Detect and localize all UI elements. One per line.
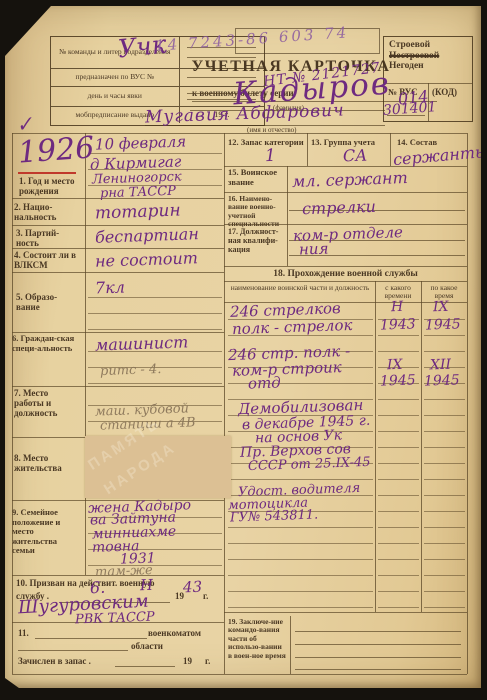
service-row2-to-month: XII [430, 358, 452, 373]
corner-row3-label: день и часы явки [51, 87, 180, 106]
field1-year: 1926 [17, 133, 95, 168]
table-col3-rules [424, 304, 465, 612]
checkmark: ✓ [14, 113, 34, 136]
left-divider-4 [12, 272, 224, 273]
field16-value: стрелки [302, 199, 376, 218]
field10-value-5: РВК ТАССР [75, 611, 155, 627]
field4-label: 4. Состоит ли в ВЛКСМ [14, 250, 84, 270]
kod-label: (КОД) [432, 87, 457, 97]
field17-label: 17. Должност-ная квалифи-кация [228, 228, 286, 255]
field11-number: 11. [18, 628, 29, 638]
section19-divider [290, 616, 291, 674]
field11-year: 19 [183, 656, 192, 666]
service-row1-from-month: Н [391, 300, 404, 314]
field6-label: 6. Граждан-ская специ-альность [12, 334, 80, 353]
frame-right [467, 133, 468, 674]
left-label-divider [85, 133, 86, 575]
field19-line1 [295, 631, 461, 632]
field5-label: 5. Образо-вание [16, 292, 76, 312]
service-row2-from-year: 1945 [380, 373, 416, 388]
field19-line3 [295, 657, 461, 658]
right-label-divider [287, 166, 288, 266]
service-row1-to-month: IX [433, 300, 449, 315]
field1-value-4: рна ТАССР [100, 185, 176, 201]
right-divider-4 [224, 266, 467, 267]
field10-g-printed: г. [203, 591, 208, 601]
frame-left [12, 133, 13, 674]
field5-value: 7кл [95, 279, 125, 296]
column-divider [224, 133, 225, 674]
service-row2-line3: отд [248, 375, 281, 391]
field11-line1 [35, 638, 147, 639]
fitness-option-negoden: Негоден [389, 61, 472, 72]
field7-label: 7. Место работы и должность [14, 388, 76, 418]
field10-value-3: 43 [183, 580, 203, 596]
field19-line4 [295, 669, 461, 670]
field4-value: не состоит [95, 250, 198, 270]
field12-value: 1 [265, 148, 276, 165]
table-col-divider-2 [421, 281, 422, 612]
field1-label: 1. Год и место рождения [19, 176, 79, 196]
field19-label: 19. Заключе-ние командо-вания части об и… [228, 618, 286, 660]
field11-g: г. [205, 656, 210, 666]
field2-value: тотарин [95, 203, 181, 223]
right-divider-2 [224, 192, 467, 193]
vus-value: 014 [397, 88, 429, 107]
field6-value: машинист [95, 334, 189, 353]
field3-value: беспартиан [95, 226, 199, 246]
table-header-top [224, 281, 467, 282]
scan-background: № команды и литер подразделения предназн… [0, 0, 487, 700]
service-row2-from-month: IX [387, 358, 403, 373]
field19-line2 [295, 644, 461, 645]
field9-label: 9. Семейное положение и место жительства… [12, 508, 80, 556]
field13-value: СА [343, 148, 368, 165]
field11-line2 [18, 650, 128, 651]
field3-label: 3. Партий-ность [16, 228, 76, 248]
frame-bottom [12, 674, 467, 675]
table-col-divider-1 [375, 281, 376, 612]
field11-line3 [115, 666, 175, 667]
field17-value-2: ния [299, 241, 329, 257]
left-divider-6 [12, 386, 224, 387]
field1-year-underline [18, 172, 76, 174]
section18-title: 18. Прохождение военной службы [224, 269, 467, 280]
field11-voenkomat: военкоматом [148, 628, 201, 638]
field11-zapas: Зачислен в запас . [18, 656, 91, 666]
field11-oblast: области [131, 641, 163, 651]
service-row1-to-year: 1945 [425, 317, 461, 332]
divider-13-14 [390, 133, 391, 166]
field6-note: ритс - 4. [100, 363, 162, 378]
name-value: Мугавия Абфарович [145, 103, 345, 127]
service-row2-to-year: 1945 [424, 373, 460, 388]
field15-label: 15. Воинское звание [228, 168, 284, 187]
table-col2-rules [378, 304, 419, 612]
table-col1-header: наименование воинской части и должность [228, 284, 372, 292]
divider-12-13 [307, 133, 308, 166]
field8-label: 8. Место жительства [14, 453, 76, 473]
right-divider-1 [224, 166, 467, 167]
service-row4-line3: ГУ№ 543811. [230, 508, 319, 524]
field2-label: 2. Нацио-нальность [14, 202, 80, 222]
field15-value: мл. сержант [292, 170, 408, 190]
field14-value: сержанты [392, 144, 487, 168]
table-bottom [224, 612, 467, 613]
service-row1-from-year: 1943 [380, 317, 416, 332]
registration-card: № команды и литер подразделения предназн… [5, 6, 481, 688]
left-divider-5 [12, 332, 224, 333]
service-row1-line2: полк - стрелок [232, 318, 353, 337]
fitness-option-nestroevoy: Нестроевой [389, 51, 472, 62]
field1-value-1: 10 февраля [95, 134, 187, 152]
corner-row2-label: предназначен по ВУС № [51, 69, 180, 86]
fitness-option-stroevoy: Строевой [389, 40, 472, 51]
